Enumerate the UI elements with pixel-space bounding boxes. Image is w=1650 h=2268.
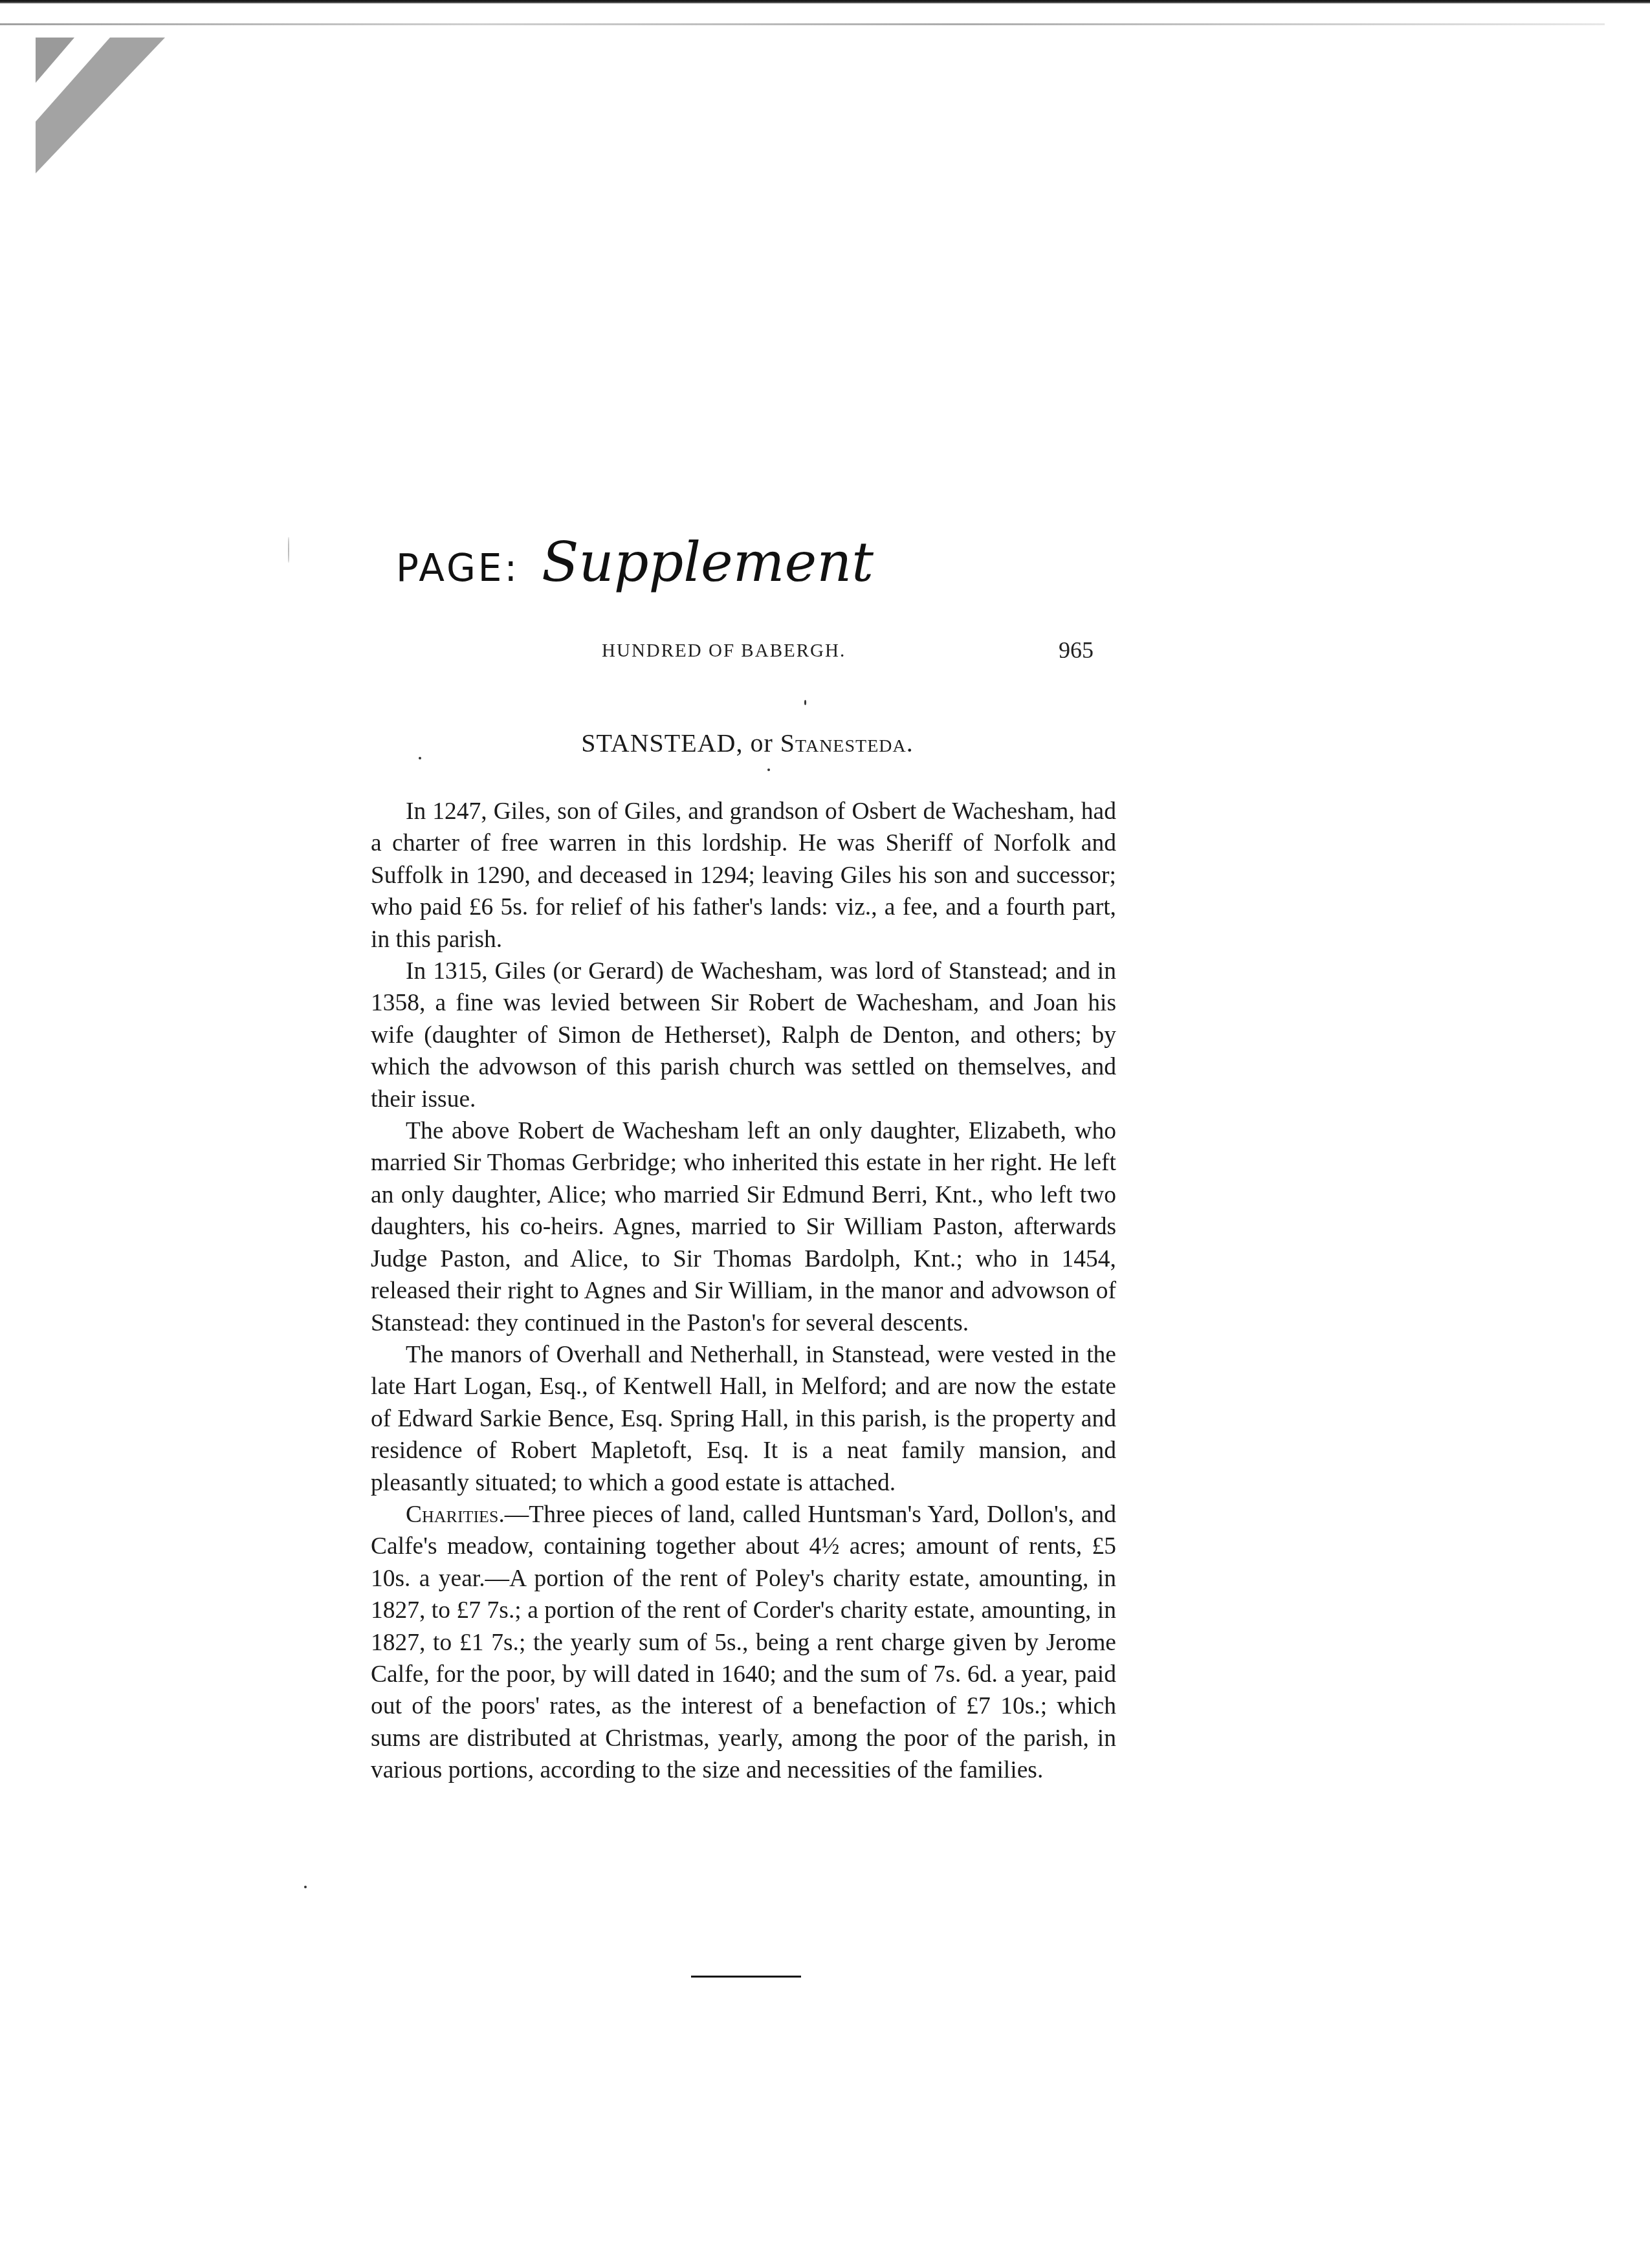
page-number: 965 [1059,637,1094,664]
paragraph-charities: Charities.—Three pieces of land, called … [371,1499,1116,1787]
annotation-label: PAGE: [396,546,520,590]
scan-speck [767,769,770,771]
paragraph: The manors of Overhall and Netherhall, i… [371,1339,1116,1499]
scanner-corner-mark-icon [36,38,171,173]
section-title-alt: Stanesteda. [780,728,914,758]
scan-shadow-line [0,23,1605,25]
body-text: In 1247, Giles, son of Giles, and grands… [371,796,1116,1787]
scan-speck [804,700,806,705]
section-title-main: STANSTEAD, [581,728,743,758]
scan-speck [304,1886,307,1888]
handwritten-annotation: PAGE:Supplement [396,530,874,594]
running-head: HUNDRED OF BABERGH. [602,640,846,662]
paragraph: The above Robert de Wachesham left an on… [371,1115,1116,1339]
section-title-or: or [743,728,780,758]
scan-border-top [0,0,1650,4]
paragraph: In 1315, Giles (or Gerard) de Wachesham,… [371,955,1116,1115]
scan-speck [419,757,421,759]
charities-lead: Charities. [406,1501,505,1528]
scan-speck [288,537,289,563]
charities-text: —Three pieces of land, called Huntsman's… [371,1501,1116,1783]
section-title: STANSTEAD, or Stanesteda. [0,728,1495,758]
annotation-value: Supplement [542,530,874,594]
paragraph: In 1247, Giles, son of Giles, and grands… [371,796,1116,955]
end-rule [691,1976,801,1978]
